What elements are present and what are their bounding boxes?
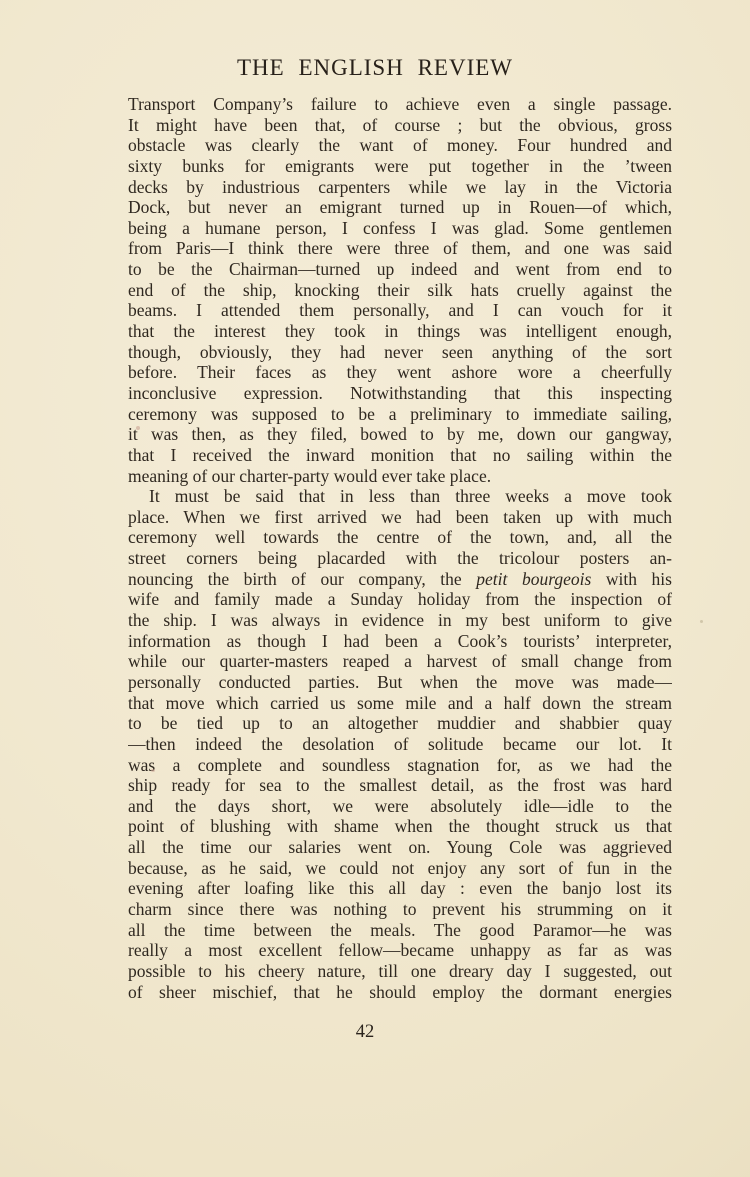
text-line: personally conducted parties. But when t… [128, 672, 672, 693]
book-page: THE ENGLISH REVIEW Transport Company’s f… [0, 0, 750, 1177]
text-line: possible to his cheery nature, till one … [128, 961, 672, 982]
text-line: wife and family made a Sunday holiday fr… [128, 589, 672, 610]
text-line: really a most excellent fellow—became un… [128, 940, 672, 961]
text-line: place. When we first arrived we had been… [128, 507, 672, 528]
text-line: nouncing the birth of our company, the p… [128, 569, 672, 590]
text-line: Transport Company’s failure to achieve e… [128, 94, 672, 115]
text-line: from Paris—I think there were three of t… [128, 238, 672, 259]
text-line: evening after loafing like this all day … [128, 878, 672, 899]
text-line: beams. I attended them personally, and I… [128, 300, 672, 321]
text-line: street corners being placarded with the … [128, 548, 672, 569]
page-number: 42 [356, 1022, 375, 1042]
text-line: all the time our salaries went on. Young… [128, 837, 672, 858]
page-number-container: 42 [128, 1022, 672, 1043]
text-line: ceremony well towards the centre of the … [128, 527, 672, 548]
text-line: ceremony was supposed to be a preliminar… [128, 404, 672, 425]
text-line: meaning of our charter-party would ever … [128, 466, 672, 487]
text-line: inconclusive expression. Notwithstanding… [128, 383, 672, 404]
text-line: point of blushing with shame when the th… [128, 816, 672, 837]
text-line: the ship. I was always in evidence in my… [128, 610, 672, 631]
text-line: though, obviously, they had never seen a… [128, 342, 672, 363]
text-line: obstacle was clearly the want of money. … [128, 135, 672, 156]
text-line: decks by industrious carpenters while we… [128, 177, 672, 198]
text-line: charm since there was nothing to prevent… [128, 899, 672, 920]
text-line: while our quarter-masters reaped a harve… [128, 651, 672, 672]
paragraph: Transport Company’s failure to achieve e… [128, 94, 672, 486]
text-line: It must be said that in less than three … [128, 486, 672, 507]
text-line: ship ready for sea to the smallest detai… [128, 775, 672, 796]
text-line: that the interest they took in things wa… [128, 321, 672, 342]
text-line: end of the ship, knocking their silk hat… [128, 280, 672, 301]
text-line: being a humane person, I confess I was g… [128, 218, 672, 239]
text-line: to be the Chairman—turned up indeed and … [128, 259, 672, 280]
page-title: THE ENGLISH REVIEW [0, 0, 750, 81]
text-line: because, as he said, we could not enjoy … [128, 858, 672, 879]
text-line: that I received the inward monition that… [128, 445, 672, 466]
paper-speck [700, 620, 703, 623]
text-line: —then indeed the desolation of solitude … [128, 734, 672, 755]
text-line: before. Their faces as they went ashore … [128, 362, 672, 383]
text-line: of sheer mischief, that he should employ… [128, 982, 672, 1003]
text-line: to be tied up to an altogether muddier a… [128, 713, 672, 734]
text-line: it was then, as they filed, bowed to by … [128, 424, 672, 445]
text-line: that move which carried us some mile and… [128, 693, 672, 714]
text-line: was a complete and soundless stagnation … [128, 755, 672, 776]
text-line: and the days short, we were absolutely i… [128, 796, 672, 817]
paragraph: It must be said that in less than three … [128, 486, 672, 1002]
text-line: It might have been that, of course ; but… [128, 115, 672, 136]
text-line: sixty bunks for emigrants were put toget… [128, 156, 672, 177]
page-body: Transport Company’s failure to achieve e… [128, 94, 672, 1002]
text-line: Dock, but never an emigrant turned up in… [128, 197, 672, 218]
text-line: all the time between the meals. The good… [128, 920, 672, 941]
text-line: information as though I had been a Cook’… [128, 631, 672, 652]
